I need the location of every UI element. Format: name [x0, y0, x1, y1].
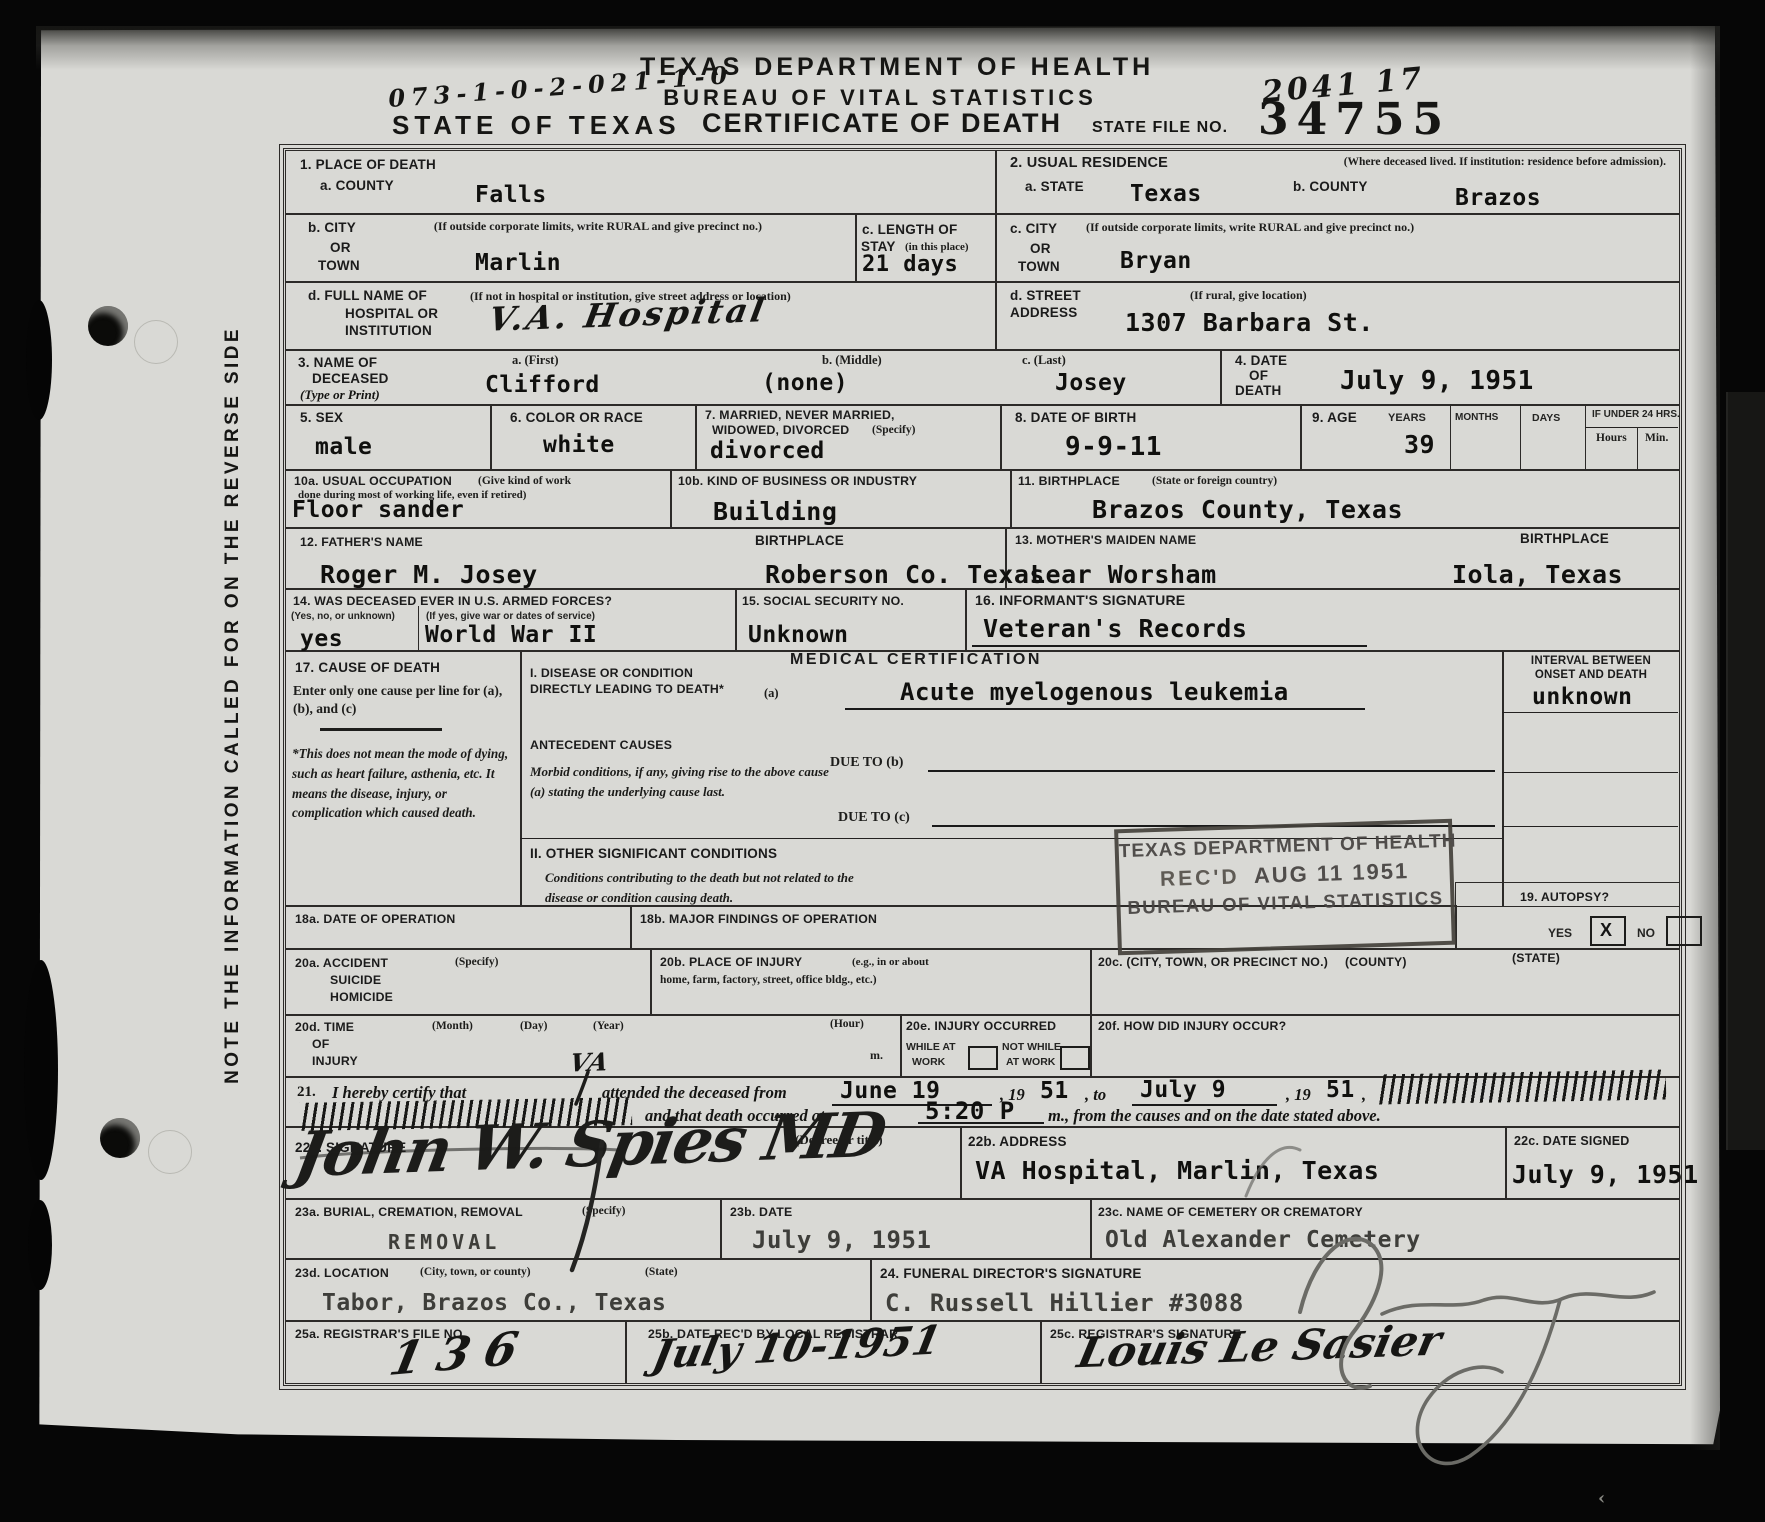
- burial-location-value: Tabor, Brazos Co., Texas: [322, 1290, 666, 1316]
- field-label: 14. WAS DECEASED EVER IN U.S. ARMED FORC…: [293, 594, 612, 608]
- field-label: 10a. USUAL OCCUPATION: [294, 474, 452, 488]
- field-label: DAYS: [1532, 412, 1560, 424]
- injury-not-while-work-checkbox: [1060, 1046, 1090, 1070]
- field-label: 15. SOCIAL SECURITY NO.: [742, 594, 904, 608]
- medical-certification-heading: MEDICAL CERTIFICATION: [790, 651, 1042, 669]
- field-label: HOMICIDE: [330, 990, 393, 1004]
- torn-edge-mark: [28, 1200, 52, 1290]
- field-label: TOWN: [1018, 259, 1060, 274]
- year-to-value: 51: [1326, 1077, 1355, 1103]
- field-label: (STATE): [1512, 951, 1560, 965]
- age-years-value: 39: [1404, 430, 1435, 459]
- informant-value: Veteran's Records: [983, 614, 1247, 643]
- field-label: (COUNTY): [1345, 955, 1407, 969]
- field-label: 20f. HOW DID INJURY OCCUR?: [1098, 1019, 1286, 1033]
- year-from-value: 51: [1040, 1078, 1069, 1104]
- field-label: 18a. DATE OF OPERATION: [295, 912, 455, 926]
- city-of-death-value: Marlin: [475, 250, 561, 276]
- field-label: b. COUNTY: [1293, 179, 1368, 194]
- torn-edge-mark: [24, 960, 58, 1180]
- middle-name-value: (none): [762, 370, 848, 396]
- header-department: TEXAS DEPARTMENT OF HEALTH: [640, 53, 1120, 82]
- header-certificate-title: CERTIFICATE OF DEATH: [702, 108, 1062, 139]
- street-address-value: 1307 Barbara St.: [1125, 308, 1374, 337]
- field-label: a. COUNTY: [320, 178, 394, 193]
- stamp-line3: BUREAU OF VITAL STATISTICS: [1120, 887, 1451, 919]
- field-note: (State): [645, 1266, 678, 1278]
- punch-hole-ring: [134, 320, 178, 364]
- cause-footnote: *This does not mean the mode of dying, s…: [292, 744, 512, 823]
- field-note: (Specify): [872, 424, 915, 436]
- field-label: INSTITUTION: [345, 323, 432, 338]
- field-label: d. STREET: [1010, 288, 1081, 303]
- field-label: d. FULL NAME OF: [308, 288, 427, 303]
- field-note: (City, town, or county): [420, 1266, 531, 1278]
- length-of-stay-value: 21 days: [862, 252, 958, 277]
- field-label: 8. DATE OF BIRTH: [1015, 410, 1136, 425]
- occupation-value: Floor sander: [292, 497, 464, 523]
- field-label: 20a. ACCIDENT: [295, 956, 388, 970]
- ssn-value: Unknown: [748, 622, 848, 648]
- field-label: WIDOWED, DIVORCED: [712, 423, 849, 437]
- field-label: 3. NAME OF: [298, 355, 377, 370]
- mother-name-value: Lear Worsham: [1030, 560, 1217, 589]
- field-label: 1. PLACE OF DEATH: [300, 157, 436, 172]
- field-label: c. CITY: [1010, 221, 1057, 236]
- field-label: WORK: [912, 1056, 945, 1068]
- field-label: 7. MARRIED, NEVER MARRIED,: [705, 408, 895, 422]
- burial-date-value: July 9, 1951: [752, 1226, 931, 1254]
- field-label: NOT WHILE: [1002, 1041, 1061, 1053]
- field-label: 12. FATHER'S NAME: [300, 535, 423, 549]
- state-file-number: 34755: [1258, 94, 1451, 145]
- field-note: (e.g., in or about: [852, 956, 929, 968]
- field-note: Morbid conditions, if any, giving rise t…: [530, 762, 830, 801]
- race-value: white: [543, 432, 615, 458]
- last-name-value: Josey: [1055, 370, 1127, 396]
- field-note: (Day): [520, 1020, 547, 1032]
- field-note: m.: [870, 1048, 883, 1063]
- death-certificate-scan: NOTE THE INFORMATION CALLED FOR ON THE R…: [0, 0, 1765, 1522]
- field-label: 2. USUAL RESIDENCE: [1010, 155, 1168, 171]
- residence-city-value: Bryan: [1120, 248, 1192, 274]
- field-label: DUE TO (b): [830, 755, 903, 771]
- burial-type-value: REMOVAL: [388, 1230, 500, 1254]
- field-label: HOSPITAL OR: [345, 306, 438, 321]
- field-label: 23c. NAME OF CEMETERY OR CREMATORY: [1098, 1205, 1363, 1219]
- certify-text: ,: [1362, 1085, 1366, 1105]
- cemetery-value: Old Alexander Cemetery: [1105, 1227, 1421, 1253]
- field-label: 9. AGE: [1312, 410, 1357, 425]
- field-label: BIRTHPLACE: [1520, 531, 1609, 546]
- sex-value: male: [315, 434, 372, 460]
- field-note: (Specify): [582, 1205, 625, 1217]
- autopsy-yes-checkbox: X: [1590, 916, 1626, 946]
- field-note: (If outside corporate limits, write RURA…: [1086, 220, 1414, 235]
- received-stamp: TEXAS DEPARTMENT OF HEALTH REC'D AUG 11 …: [1114, 819, 1456, 956]
- interval-value: unknown: [1532, 684, 1632, 710]
- field-note: (If outside corporate limits, write RURA…: [392, 219, 762, 234]
- field-label: TOWN: [318, 258, 360, 273]
- field-label: DUE TO (c): [838, 810, 910, 826]
- field-label: 24. FUNERAL DIRECTOR'S SIGNATURE: [880, 1266, 1142, 1281]
- field-note: (Where deceased lived. If institution: r…: [1238, 155, 1666, 170]
- autopsy-yes-label: YES: [1548, 926, 1572, 940]
- field-label: DEATH: [1235, 383, 1282, 398]
- field-note: (Type or Print): [300, 387, 380, 403]
- field-note: (Month): [432, 1020, 473, 1032]
- funeral-director-value: C. Russell Hillier #3088: [885, 1289, 1244, 1317]
- physician-address-value: VA Hospital, Marlin, Texas: [975, 1156, 1379, 1185]
- field-note: (Year): [593, 1020, 624, 1032]
- cause-instruction: Enter only one cause per line for (a), (…: [293, 682, 508, 718]
- field-note: (Yes, no, or unknown): [291, 611, 395, 622]
- header-state: STATE OF TEXAS: [392, 110, 681, 141]
- field-label: BIRTHPLACE: [755, 533, 844, 548]
- divider-rule: [320, 728, 442, 731]
- struck-out-text: [1378, 1069, 1666, 1104]
- field-label: DECEASED: [312, 371, 389, 386]
- certify-text: , to: [1085, 1085, 1106, 1105]
- field-note: (If yes, give war or dates of service): [426, 611, 595, 622]
- field-note: (a): [764, 686, 779, 701]
- field-label: Min.: [1645, 432, 1668, 444]
- field-label: 20b. PLACE OF INJURY: [660, 955, 802, 969]
- field-label: a. STATE: [1025, 179, 1084, 194]
- field-label: II. OTHER SIGNIFICANT CONDITIONS: [530, 846, 777, 861]
- field-label: 16. INFORMANT'S SIGNATURE: [975, 592, 1185, 608]
- field-label: Hours: [1596, 432, 1627, 444]
- field-label: INJURY: [312, 1054, 358, 1068]
- industry-value: Building: [713, 497, 837, 526]
- field-label: 23d. LOCATION: [295, 1266, 389, 1280]
- field-note: b. (Middle): [822, 353, 882, 368]
- field-label: 13. MOTHER'S MAIDEN NAME: [1015, 533, 1196, 547]
- field-label: OR: [1030, 241, 1051, 256]
- field-label: DIRECTLY LEADING TO DEATH*: [530, 682, 724, 696]
- field-label: 6. COLOR OR RACE: [510, 410, 643, 425]
- marital-status-value: divorced: [710, 438, 825, 464]
- field-label: 20d. TIME: [295, 1020, 354, 1034]
- field-label: b. CITY: [308, 220, 356, 235]
- field-note: (Specify): [455, 956, 498, 968]
- field-note: (If rural, give location): [1190, 288, 1307, 303]
- injury-while-work-checkbox: [968, 1046, 998, 1070]
- punch-hole-ring: [148, 1130, 192, 1174]
- field-label: 20e. INJURY OCCURRED: [906, 1019, 1056, 1033]
- certify-text: m., from the causes and on the date stat…: [1048, 1106, 1381, 1126]
- field-label: ADDRESS: [1010, 305, 1077, 320]
- birthplace-value: Brazos County, Texas: [1092, 495, 1403, 524]
- field-note: Conditions contributing to the death but…: [545, 868, 875, 907]
- field-label: 23a. BURIAL, CREMATION, REMOVAL: [295, 1205, 523, 1219]
- autopsy-no-label: NO: [1637, 926, 1655, 940]
- field-label: ANTECEDENT CAUSES: [530, 738, 672, 752]
- punch-hole: [100, 1118, 140, 1158]
- field-note: c. (Last): [1022, 353, 1066, 368]
- field-label: AT WORK: [1006, 1056, 1055, 1068]
- field-label: YEARS: [1388, 412, 1426, 424]
- punch-hole: [88, 306, 128, 346]
- field-label: OF: [1249, 368, 1268, 383]
- scan-artifact-mark: ‹: [1598, 1488, 1605, 1509]
- war-value: World War II: [425, 622, 597, 648]
- field-label: 21.: [297, 1084, 316, 1101]
- side-margin-note: NOTE THE INFORMATION CALLED FOR ON THE R…: [222, 326, 244, 1084]
- date-of-birth-value: 9-9-11: [1065, 432, 1162, 462]
- certify-text: , 19: [1286, 1085, 1311, 1105]
- father-birthplace-value: Roberson Co. Texas: [765, 560, 1045, 589]
- residence-county-value: Brazos: [1455, 185, 1541, 211]
- field-label: 4. DATE: [1235, 353, 1287, 368]
- field-note: home, farm, factory, street, office bldg…: [660, 974, 877, 986]
- field-label: MONTHS: [1455, 412, 1498, 423]
- stamp-recd: REC'D: [1160, 865, 1240, 890]
- handwritten-va: VA: [567, 1047, 611, 1077]
- date-signed-value: July 9, 1951: [1512, 1160, 1699, 1189]
- field-label: 22b. ADDRESS: [968, 1134, 1067, 1149]
- interval-label: INTERVAL BETWEEN ONSET AND DEATH: [1510, 654, 1672, 683]
- mother-birthplace-value: Iola, Texas: [1452, 560, 1623, 589]
- field-label: 19. AUTOPSY?: [1520, 890, 1609, 904]
- field-label: 17. CAUSE OF DEATH: [295, 660, 440, 675]
- torn-edge-mark: [26, 300, 52, 420]
- cause-of-death-value: Acute myelogenous leukemia: [900, 678, 1289, 706]
- attended-to-value: July 9: [1140, 1077, 1226, 1103]
- field-label: 10b. KIND OF BUSINESS OR INDUSTRY: [678, 474, 917, 488]
- scan-shadow-right: [1690, 26, 1720, 1450]
- date-of-death-value: July 9, 1951: [1340, 366, 1534, 396]
- field-label: OF: [312, 1037, 329, 1051]
- field-note: (State or foreign country): [1152, 475, 1277, 487]
- autopsy-checkmark: X: [1600, 920, 1612, 941]
- autopsy-no-checkbox: [1666, 916, 1702, 946]
- field-label: 11. BIRTHPLACE: [1018, 474, 1120, 488]
- field-note: (Give kind of work: [478, 475, 571, 487]
- field-label: 22c. DATE SIGNED: [1514, 1134, 1630, 1148]
- residence-state-value: Texas: [1130, 181, 1202, 207]
- stamp-date: AUG 11 1951: [1254, 858, 1410, 888]
- field-note: (Hour): [830, 1018, 864, 1030]
- field-label: 23b. DATE: [730, 1205, 792, 1219]
- scanner-edge-object: [1726, 392, 1765, 1150]
- armed-forces-value: yes: [300, 626, 343, 652]
- field-label: 5. SEX: [300, 410, 343, 425]
- field-label: SUICIDE: [330, 973, 381, 987]
- field-label: IF UNDER 24 HRS.: [1592, 409, 1680, 420]
- field-label: WHILE AT: [906, 1041, 956, 1053]
- field-label: c. LENGTH OF: [862, 222, 957, 237]
- field-label: I. DISEASE OR CONDITION: [530, 666, 693, 680]
- first-name-value: Clifford: [485, 372, 600, 398]
- father-name-value: Roger M. Josey: [320, 560, 538, 589]
- field-label: 18b. MAJOR FINDINGS OF OPERATION: [640, 912, 877, 926]
- field-label: 20c. (CITY, TOWN, OR PRECINCT NO.): [1098, 955, 1328, 969]
- time-of-death-value: 5:20 P: [925, 1097, 1015, 1125]
- field-note: a. (First): [512, 353, 559, 368]
- county-of-death-value: Falls: [475, 182, 547, 208]
- state-file-no-label: STATE FILE NO.: [1092, 119, 1228, 137]
- field-label: OR: [330, 240, 351, 255]
